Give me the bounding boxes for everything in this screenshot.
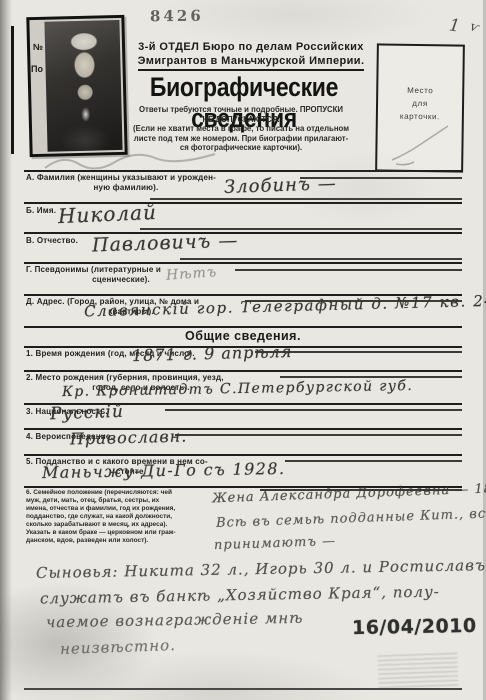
field-6-value-line2: Всѣ въ семьѣ подданные Кит., всѣ (216, 506, 486, 531)
answer-line (180, 258, 462, 260)
photo-placeholder-box: Место для карточки. (375, 43, 465, 172)
form-rule (24, 232, 462, 234)
field-6-value-line1: Жена Александра Дорофеевна — 1891. (212, 481, 486, 507)
field-a-value: Злобинъ — (224, 173, 337, 198)
field-6-label-line: сколько зарабатывают в месяц, их адреса)… (26, 521, 176, 529)
answer-line (175, 434, 462, 436)
notes-line3: чаемое вознагражденіе мнѣ (46, 609, 304, 631)
field-6-label-line: 6. Семейное положение (перечисляются: че… (26, 489, 176, 497)
field-3-value: Русскій (50, 402, 125, 425)
notes-line2: служатъ въ банкѣ „Хозяйство Края“, полу- (40, 583, 440, 608)
bureau-header-line1: 3-й ОТДЕЛ Бюро по делам Российских (118, 40, 384, 54)
corner-page-mark: 1 (448, 15, 462, 36)
field-6-label-line: имена, отчества и фамилии, год их рожден… (26, 505, 176, 513)
field-b-value: Николай (58, 200, 158, 228)
field-5-value: Маньчжу-Ди-Го съ 1928. (42, 459, 286, 482)
answer-line (235, 269, 462, 271)
answer-line (285, 460, 462, 462)
field-a-label: А. Фамилия (женщины указывают и урожден-… (26, 173, 226, 192)
bureau-header-line2: Эмигрантов в Маньчжурской Империи. (138, 54, 365, 71)
instruction-line: (Если не хватит места в графе, то писать… (97, 124, 385, 134)
margin-label-po: По (31, 64, 43, 74)
field-a-label-line2: ную фамилию). (26, 183, 226, 193)
form-instructions: Ответы требуются точные и подробные. ПРО… (97, 105, 385, 153)
notes-line4: неизвѣстно. (60, 636, 176, 658)
form-rule (24, 370, 462, 372)
field-6-value-line3: принимаютъ — (214, 534, 337, 553)
field-4-value: Православн. (70, 426, 188, 448)
photo-box-line2: для (378, 96, 462, 110)
field-a-label-line1: А. Фамилия (женщины указывают и урожден- (26, 173, 226, 183)
date-stamp: 16/04/2010 (352, 615, 477, 639)
field-6-label: 6. Семейное положение (перечисляются: че… (26, 489, 176, 545)
photo-placeholder-text: Место для карточки. (378, 83, 463, 123)
scanned-document-page: 8426 1 ѵ № По 3-й ОТДЕЛ Бюро по делам Ро… (0, 0, 486, 700)
faded-stamp (377, 651, 458, 692)
margin-label-no: № (33, 42, 43, 52)
answer-line (165, 409, 462, 411)
field-b-label: Б. Имя. (26, 206, 56, 216)
notes-line1: Сыновья: Никита 32 л., Игорь 30 л. и Рос… (36, 556, 486, 582)
form-rule (24, 262, 462, 264)
bureau-header: 3-й ОТДЕЛ Бюро по делам Российских Эмигр… (118, 40, 384, 71)
answer-line (280, 376, 462, 378)
answer-line (150, 198, 462, 200)
binding-line (11, 26, 14, 154)
instruction-line: ся фотографические карточки). (97, 143, 385, 153)
form-rule (24, 454, 462, 456)
photo-box-line1: Место (378, 83, 462, 97)
form-rule (24, 170, 462, 172)
form-rule (24, 326, 462, 328)
field-6-label-line: подданство, где служат, на какой должнос… (26, 513, 176, 521)
instruction-line: листе под тем же номером. При биографии … (97, 134, 385, 144)
field-1-value: 1871 г. 9 апрѣля (132, 342, 293, 365)
field-6-label-line: данском, вдов, разведен или холост). (26, 537, 176, 545)
archive-number-stamp: 8426 (150, 7, 204, 26)
section-heading-general-info: Общие сведения. (24, 329, 462, 343)
instruction-line: Ответы требуются точные и подробные. ПРО… (97, 105, 385, 115)
corner-check-mark: ѵ (468, 19, 480, 36)
field-v-label: В. Отчество. (26, 236, 78, 246)
photo-box-line3: карточки. (378, 109, 462, 123)
field-6-label-line: Указать в каком браке — церковном или гр… (26, 529, 176, 537)
field-6-label-line: муж, дети, мать, отец, братья, сестры, и… (26, 497, 176, 505)
field-v-value: Павловичъ — (92, 229, 239, 256)
answer-line (140, 228, 462, 230)
instruction-line: НЕ ДОПУСКАЮТСЯ. (97, 115, 385, 125)
